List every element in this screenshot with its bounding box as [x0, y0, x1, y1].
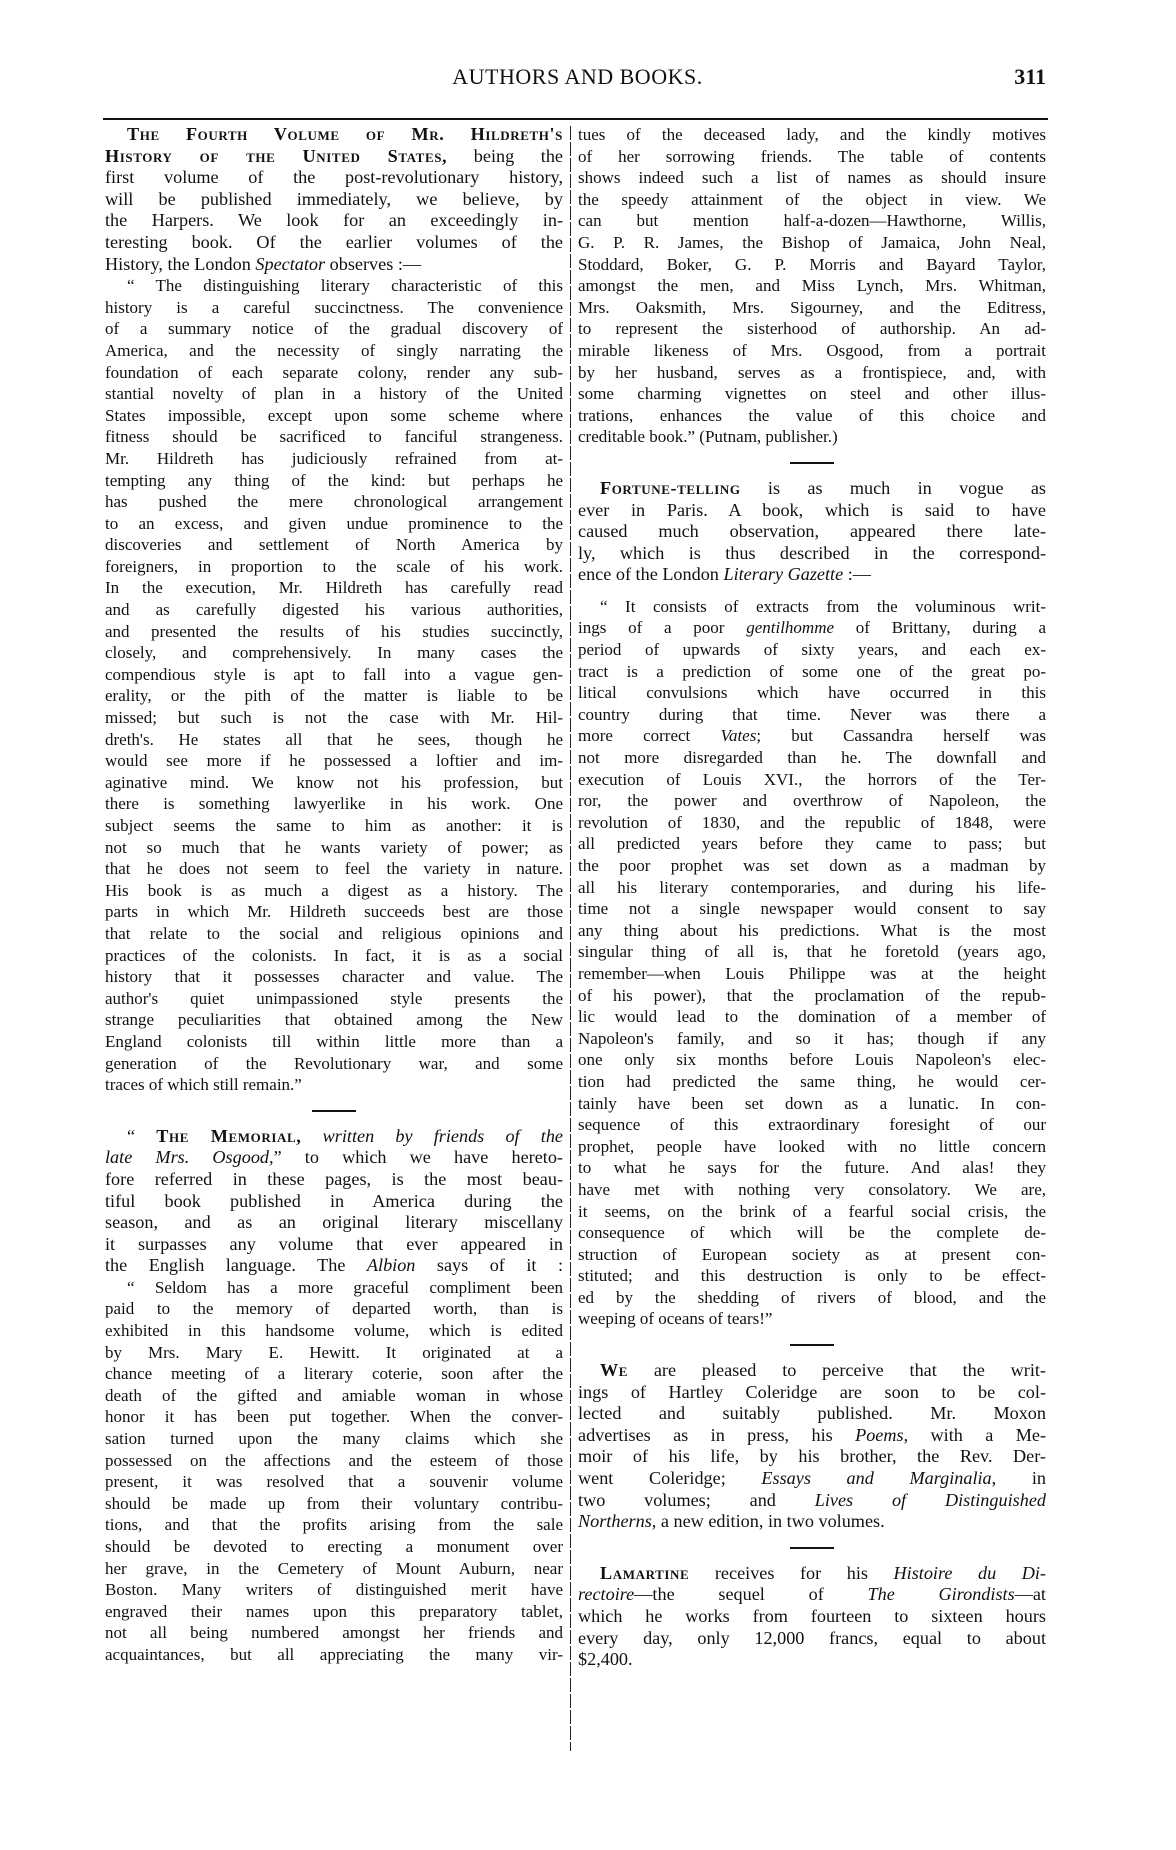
text-line: tion had predicted the same thing, he wo…: [578, 1071, 1046, 1093]
text-line: should be made up from their voluntary c…: [105, 1493, 563, 1515]
article-memorial-intro: “ The Memorial, written by friends of th…: [105, 1126, 563, 1277]
text-line: rectoire—the sequel of The Girondists—at: [578, 1584, 1046, 1606]
text-line: the English language. The Albion says of…: [105, 1255, 563, 1277]
text-line: strange peculiarities that obtained amon…: [105, 1009, 563, 1031]
text-line: can but mention half-a-dozen—Hawthorne, …: [578, 210, 1046, 232]
text-line: Lamartine receives for his Histoire du D…: [578, 1563, 1046, 1585]
text-line: ings of a poor gentilhomme of Brittany, …: [578, 617, 1046, 639]
text-line: States impossible, except upon some sche…: [105, 405, 563, 427]
text-line: time not a single newspaper would consen…: [578, 898, 1046, 920]
text-line: went Coleridge; Essays and Marginalia, i…: [578, 1468, 1046, 1490]
text-line: aginative mind. We know not his professi…: [105, 772, 563, 794]
albion-quote-continued: tues of the deceased lady, and the kindl…: [578, 124, 1046, 448]
text-line: moir of his life, by his brother, the Re…: [578, 1446, 1046, 1468]
text-line: not more disregarded than he. The downfa…: [578, 747, 1046, 769]
text-line: will be published immediately, we believ…: [105, 189, 563, 211]
text-line: missed; but such is not the case with Mr…: [105, 707, 563, 729]
left-column: The Fourth Volume of Mr. Hildreth'sHisto…: [105, 124, 563, 1666]
section-separator: [790, 462, 834, 464]
text-line: of a summary notice of the gradual disco…: [105, 318, 563, 340]
text-line: England colonists till within little mor…: [105, 1031, 563, 1053]
text-line: chance meeting of a literary coterie, so…: [105, 1363, 563, 1385]
text-line: and presented the results of his studies…: [105, 621, 563, 643]
text-line: History of the United States, being the: [105, 146, 563, 168]
text-line: have met with nothing very consolatory. …: [578, 1179, 1046, 1201]
text-line: fitness should be sacrificed to fanciful…: [105, 426, 563, 448]
text-line: first volume of the post-revolutionary h…: [105, 167, 563, 189]
text-line: execution of Louis XVI., the horrors of …: [578, 769, 1046, 791]
text-line: consequence of which will be the complet…: [578, 1222, 1046, 1244]
text-line: by her husband, serves as a frontispiece…: [578, 362, 1046, 384]
text-line: G. P. R. James, the Bishop of Jamaica, J…: [578, 232, 1046, 254]
column-divider: [570, 126, 571, 1751]
text-line: tues of the deceased lady, and the kindl…: [578, 124, 1046, 146]
text-line: shows indeed such a list of names as sho…: [578, 167, 1046, 189]
text-line: lected and suitably published. Mr. Moxon: [578, 1403, 1046, 1425]
text-line: traces of which still remain.”: [105, 1074, 563, 1096]
text-line: creditable book.” (Putnam, publisher.): [578, 426, 1046, 448]
text-line: author's quiet unimpassioned style prese…: [105, 988, 563, 1010]
text-line: that relate to the social and religious …: [105, 923, 563, 945]
text-line: prophet, people have looked with no litt…: [578, 1136, 1046, 1158]
text-line: it seems, on the brink of a fearful soci…: [578, 1201, 1046, 1223]
text-line: $2,400.: [578, 1649, 1046, 1671]
text-line: History, the London Spectator observes :…: [105, 254, 563, 276]
text-line: fore referred in these pages, is the mos…: [105, 1169, 563, 1191]
text-line: stantial novelty of plan in a history of…: [105, 383, 563, 405]
text-line: all predicted years before they came to …: [578, 833, 1046, 855]
text-line: every day, only 12,000 francs, equal to …: [578, 1628, 1046, 1650]
text-line: engraved their names upon this preparato…: [105, 1601, 563, 1623]
text-line: Stoddard, Boker, G. P. Morris and Bayard…: [578, 254, 1046, 276]
right-column: tues of the deceased lady, and the kindl…: [578, 124, 1046, 1671]
text-line: amongst the men, and Miss Lynch, Mrs. Wh…: [578, 275, 1046, 297]
text-line: to what he says for the future. And alas…: [578, 1157, 1046, 1179]
text-line: Fortune-telling is as much in vogue as: [578, 478, 1046, 500]
text-line: her grave, in the Cemetery of Mount Aubu…: [105, 1558, 563, 1580]
text-line: any thing about his predictions. What is…: [578, 920, 1046, 942]
text-line: “ The distinguishing literary characteri…: [105, 275, 563, 297]
text-line: closely, and comprehensively. In many ca…: [105, 642, 563, 664]
albion-quote: “ Seldom has a more graceful compliment …: [105, 1277, 563, 1666]
text-line: ed by the shedding of rivers of blood, a…: [578, 1287, 1046, 1309]
text-line: trations, enhances the value of this cho…: [578, 405, 1046, 427]
text-line: present, it was resolved that a souvenir…: [105, 1471, 563, 1493]
text-line: erality, or the pith of the matter is li…: [105, 685, 563, 707]
article-hildreth: The Fourth Volume of Mr. Hildreth'sHisto…: [105, 124, 563, 1096]
article-coleridge: We are pleased to perceive that the writ…: [578, 1360, 1046, 1533]
text-line: practices of the colonists. In fact, it …: [105, 945, 563, 967]
text-line: exhibited in this handsome volume, which…: [105, 1320, 563, 1342]
text-line: all his literary contemporaries, and dur…: [578, 877, 1046, 899]
text-line: sequence of this extraordinary foresight…: [578, 1114, 1046, 1136]
text-line: late Mrs. Osgood,” to which we have here…: [105, 1147, 563, 1169]
text-line: ings of Hartley Coleridge are soon to be…: [578, 1382, 1046, 1404]
text-line: tempting any thing of the kind: but perh…: [105, 470, 563, 492]
text-line: litical convulsions which have occurred …: [578, 682, 1046, 704]
text-line: would see more if he possessed a loftier…: [105, 750, 563, 772]
text-line: discoveries and settlement of North Amer…: [105, 534, 563, 556]
text-line: parts in which Mr. Hildreth succeeds bes…: [105, 901, 563, 923]
text-line: revolution of 1830, and the republic of …: [578, 812, 1046, 834]
text-line: remember—when Louis Philippe was at the …: [578, 963, 1046, 985]
text-line: sation turned upon the many claims which…: [105, 1428, 563, 1450]
page-header: AUTHORS AND BOOKS. 311: [105, 64, 1050, 104]
section-separator: [790, 1547, 834, 1549]
text-line: history is a careful succinctness. The c…: [105, 297, 563, 319]
text-line: tract is a prediction of some one of the…: [578, 661, 1046, 683]
article-fortune-telling: Fortune-telling is as much in vogue asev…: [578, 478, 1046, 1330]
article-lamartine: Lamartine receives for his Histoire du D…: [578, 1563, 1046, 1671]
text-line: possessed on the affections and the este…: [105, 1450, 563, 1472]
text-line: singular thing of all is, that he foreto…: [578, 941, 1046, 963]
text-line: advertises as in press, his Poems, with …: [578, 1425, 1046, 1447]
text-line: generation of the Revolutionary war, and…: [105, 1053, 563, 1075]
text-line: We are pleased to perceive that the writ…: [578, 1360, 1046, 1382]
text-line: not so much that he wants variety of pow…: [105, 837, 563, 859]
article-fortune-intro: Fortune-telling is as much in vogue asev…: [578, 478, 1046, 586]
text-line: country during that time. Never was ther…: [578, 704, 1046, 726]
text-line: foreigners, in proportion to the scale o…: [105, 556, 563, 578]
text-line: tions, and that the profits arising from…: [105, 1514, 563, 1536]
running-title: AUTHORS AND BOOKS.: [105, 64, 1050, 90]
text-line: Northerns, a new edition, in two volumes…: [578, 1511, 1046, 1533]
literary-gazette-quote: “ It consists of extracts from the volum…: [578, 596, 1046, 1330]
text-line: period of upwards of sixty years, and ea…: [578, 639, 1046, 661]
text-line: The Fourth Volume of Mr. Hildreth's: [105, 124, 563, 146]
text-line: has pushed the mere chronological arrang…: [105, 491, 563, 513]
text-line: season, and as an original literary misc…: [105, 1212, 563, 1234]
text-line: stituted; and this destruction is only t…: [578, 1265, 1046, 1287]
text-line: the poor prophet was set down as a madma…: [578, 855, 1046, 877]
text-line: subject seems the same to him as another…: [105, 815, 563, 837]
text-line: two volumes; and Lives of Distinguished: [578, 1490, 1046, 1512]
text-line: and as carefully digested his various au…: [105, 599, 563, 621]
text-line: “ The Memorial, written by friends of th…: [105, 1126, 563, 1148]
text-line: one only six months before Louis Napoleo…: [578, 1049, 1046, 1071]
text-line: Napoleon's family, and so it has; though…: [578, 1028, 1046, 1050]
text-line: to represent the sisterhood of authorshi…: [578, 318, 1046, 340]
text-line: of his power), that the proclamation of …: [578, 985, 1046, 1007]
text-line: tainly have been set down as a lunatic. …: [578, 1093, 1046, 1115]
text-line: tiful book published in America during t…: [105, 1191, 563, 1213]
text-line: ror, the power and overthrow of Napoleon…: [578, 790, 1046, 812]
text-line: of her sorrowing friends. The table of c…: [578, 146, 1046, 168]
text-line: it surpasses any volume that ever appear…: [105, 1234, 563, 1256]
text-line: mirable likeness of Mrs. Osgood, from a …: [578, 340, 1046, 362]
text-line: that he does not seem to feel the variet…: [105, 858, 563, 880]
text-line: America, and the necessity of singly nar…: [105, 340, 563, 362]
text-line: Mr. Hildreth has judiciously refrained f…: [105, 448, 563, 470]
text-line: some charming vignettes on steel and oth…: [578, 383, 1046, 405]
text-line: which he works from fourteen to sixteen …: [578, 1606, 1046, 1628]
text-line: should be devoted to erecting a monument…: [105, 1536, 563, 1558]
text-line: death of the gifted and amiable woman in…: [105, 1385, 563, 1407]
text-line: ly, which is thus described in the corre…: [578, 543, 1046, 565]
text-line: teresting book. Of the earlier volumes o…: [105, 232, 563, 254]
text-line: ever in Paris. A book, which is said to …: [578, 500, 1046, 522]
spectator-quote: “ The distinguishing literary characteri…: [105, 275, 563, 1096]
text-line: “ It consists of extracts from the volum…: [578, 596, 1046, 618]
text-line: foundation of each separate colony, rend…: [105, 362, 563, 384]
text-line: weeping of oceans of tears!”: [578, 1308, 1046, 1330]
text-line: Mrs. Oaksmith, Mrs. Sigourney, and the E…: [578, 297, 1046, 319]
page-number: 311: [1014, 64, 1046, 90]
text-line: Boston. Many writers of distinguished me…: [105, 1579, 563, 1601]
text-line: history that it possesses character and …: [105, 966, 563, 988]
text-line: “ Seldom has a more graceful compliment …: [105, 1277, 563, 1299]
text-line: lic would lead to the domination of a me…: [578, 1006, 1046, 1028]
text-line: to an excess, and given undue prominence…: [105, 513, 563, 535]
section-separator: [312, 1110, 356, 1112]
text-line: In the execution, Mr. Hildreth has caref…: [105, 577, 563, 599]
text-line: struction of European society as at pres…: [578, 1244, 1046, 1266]
text-line: ence of the London Literary Gazette :—: [578, 564, 1046, 586]
header-rule: [103, 118, 1048, 120]
text-line: acquaintances, but all appreciating the …: [105, 1644, 563, 1666]
text-line: dreth's. He states all that he sees, tho…: [105, 729, 563, 751]
text-line: the speedy attainment of the object in v…: [578, 189, 1046, 211]
text-line: there is something lawyerlike in his wor…: [105, 793, 563, 815]
text-line: honor it has been put together. When the…: [105, 1406, 563, 1428]
text-line: the Harpers. We look for an exceedingly …: [105, 210, 563, 232]
text-line: caused much observation, appeared there …: [578, 521, 1046, 543]
text-line: by Mrs. Mary E. Hewitt. It originated at…: [105, 1342, 563, 1364]
article-memorial: “ The Memorial, written by friends of th…: [105, 1126, 563, 1666]
text-line: compendious style is apt to fall into a …: [105, 664, 563, 686]
section-separator: [790, 1344, 834, 1346]
text-line: His book is as much a digest as a histor…: [105, 880, 563, 902]
text-line: not all being numbered amongst her frien…: [105, 1622, 563, 1644]
text-line: more correct Vates; but Cassandra hersel…: [578, 725, 1046, 747]
text-line: paid to the memory of departed worth, th…: [105, 1298, 563, 1320]
article-hildreth-intro: The Fourth Volume of Mr. Hildreth'sHisto…: [105, 124, 563, 275]
